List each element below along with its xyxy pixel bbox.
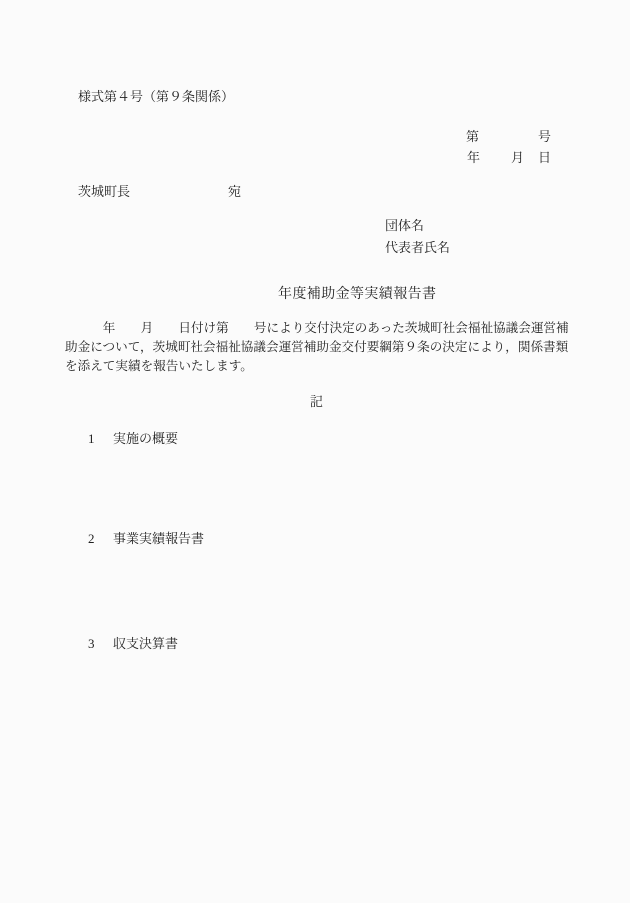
addressee-honorific: 宛 — [228, 184, 241, 200]
list-item: 3収支決算書 — [88, 636, 178, 652]
date-year-label: 年 — [467, 150, 480, 166]
date-day-label: 日 — [538, 150, 551, 166]
doc-number-prefix: 第 — [466, 129, 479, 145]
body-paragraph: 年 月 日付け第 号により交付決定のあった茨城町社会福祉協議会運営補 助金につい… — [65, 319, 605, 376]
addressee-name: 茨城町長 — [78, 184, 130, 200]
body-line: を添えて実績を報告いたします。 — [65, 357, 605, 376]
item-label: 実施の概要 — [113, 431, 178, 446]
form-number-label: 様式第４号（第９条関係） — [78, 89, 234, 105]
date-month-label: 月 — [511, 150, 524, 166]
sender-representative-label: 代表者氏名 — [385, 240, 450, 256]
item-number: 1 — [88, 431, 113, 447]
item-number: 3 — [88, 636, 113, 652]
record-marker: 記 — [310, 394, 323, 410]
body-line: 助金について，茨城町社会福祉協議会運営補助金交付要綱第９条の決定により，関係書類 — [65, 338, 605, 357]
item-label: 収支決算書 — [113, 636, 178, 651]
list-item: 2事業実績報告書 — [88, 531, 204, 547]
doc-number-suffix: 号 — [538, 129, 551, 145]
body-line: 年 月 日付け第 号により交付決定のあった茨城町社会福祉協議会運営補 — [65, 319, 605, 338]
page-title: 年度補助金等実績報告書 — [278, 286, 436, 304]
item-label: 事業実績報告書 — [113, 531, 204, 546]
item-number: 2 — [88, 531, 113, 547]
list-item: 1実施の概要 — [88, 431, 178, 447]
document-page: 様式第４号（第９条関係） 第 号 年 月 日 茨城町長 宛 団体名 代表者氏名 … — [0, 0, 630, 903]
sender-organization-label: 団体名 — [385, 218, 424, 234]
